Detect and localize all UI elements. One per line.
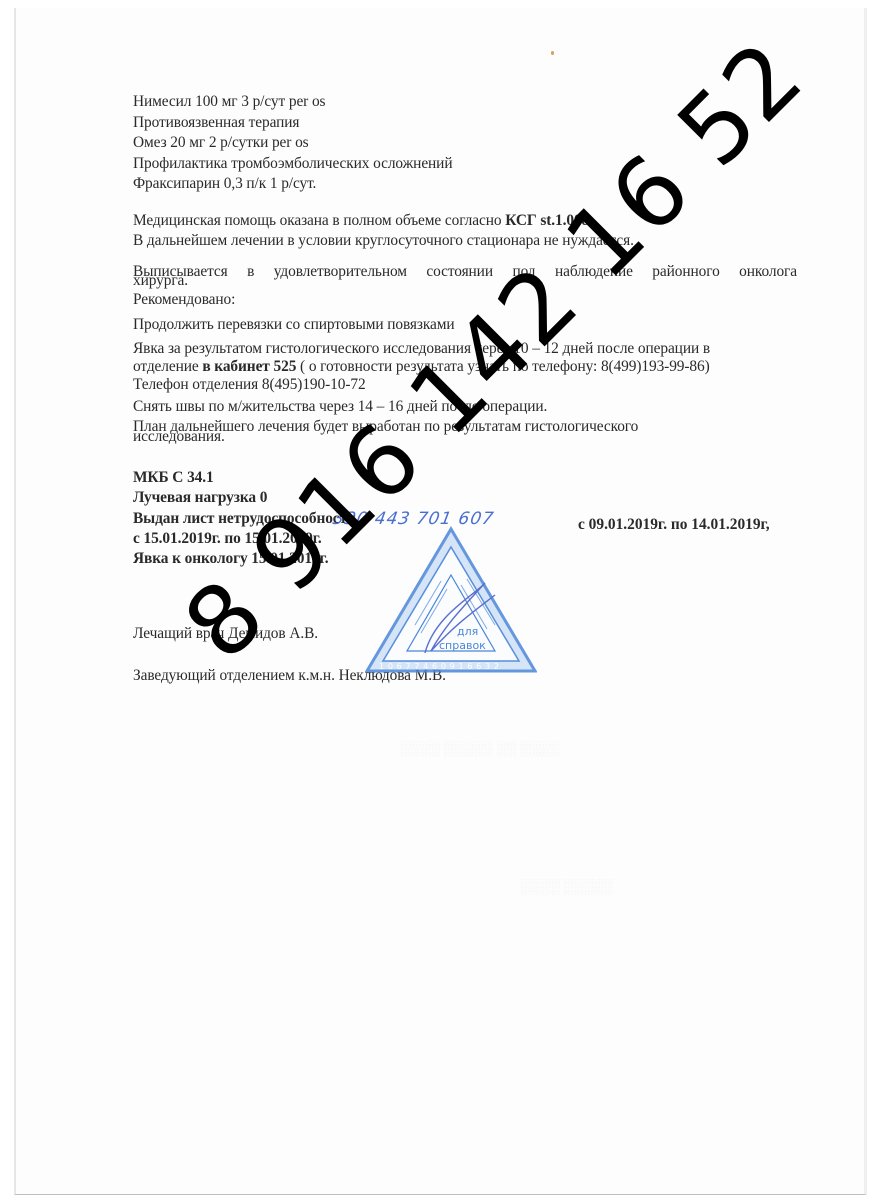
stamp-icon: для справок 1 0 6 7 7 4 6 0 9 1 6 6 3 2 [365,525,537,673]
medication-line: Нимесил 100 мг 3 р/сут per os [133,93,325,111]
cabinet-number: в кабинет 525 [202,358,296,375]
icd-code: МКБ С 34.1 [133,469,214,487]
recommendation-line: исследования. [133,428,225,446]
medication-line: Омез 20 мг 2 р/сутки per os [133,134,309,152]
recommended-heading: Рекомендовано: [133,291,235,309]
ksg-code: КСГ st.1.008 [505,212,589,229]
summary-line-hirurga: хирурга. [133,272,188,290]
recommendation-line: Явка за результатом гистологического исс… [133,340,710,358]
recommendation-line: Снять швы по м/жительства через 14 – 16 … [133,398,547,416]
sick-leave-label: Выдан лист нетрудоспособности [133,510,356,528]
medication-line: Фраксипарин 0,3 п/к 1 р/сут. [133,175,316,193]
paper-speck [551,51,554,55]
bleed-through-text: ░░░░ ░░░░░ [520,880,613,896]
recommendation-line: отделение в кабинет 525 ( о готовности р… [133,358,710,376]
stamp-center-text: справок [439,639,486,652]
triangle-stamp: для справок 1 0 6 7 7 4 6 0 9 1 6 6 3 2 [365,525,537,673]
attending-physician: Лечащий врач Демидов А.В. [133,625,318,643]
recommendation-line: Продолжить перевязки со спиртовыми повяз… [133,316,455,334]
sick-leave-dates-2: с 15.01.2019г. по 15.01.2019г. [133,530,322,548]
medication-line: Профилактика тромбоэмболических осложнен… [133,155,452,173]
recommendation-text: ( о готовности результата узнать по теле… [296,358,709,375]
summary-line: Медицинская помощь оказана в полном объе… [133,212,589,230]
sick-leave-dates: с 09.01.2019г. по 14.01.2019г, [578,516,770,534]
summary-text: Медицинская помощь оказана в полном объе… [133,212,505,229]
department-phone: Телефон отделения 8(495)190-10-72 [133,376,366,394]
medication-line: Противоязвенная терапия [133,114,299,132]
radiation-dose: Лучевая нагрузка 0 [133,489,267,507]
stamp-center-text: для [457,625,478,638]
summary-line: В дальнейшем лечении в условии круглосут… [133,232,634,250]
bleed-through-text: ░░░░ ░░░░░ ░░ ░░░░ [400,742,559,758]
stamp-digits: 1 0 6 7 7 4 6 0 9 1 6 6 3 2 [379,662,500,671]
summary-line: Выписывается в удовлетворительном состоя… [133,263,797,281]
oncologist-visit: Явка к онкологу 15.01.2019г. [133,550,328,568]
recommendation-text: отделение [133,358,202,375]
